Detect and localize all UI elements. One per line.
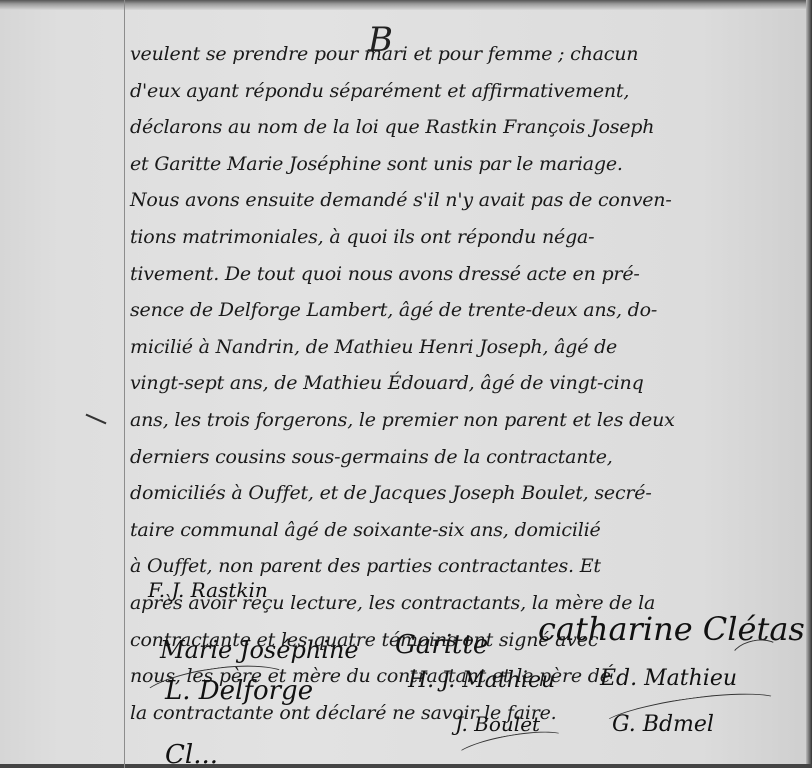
margin-rule [124,0,125,768]
signature-witness-ed-mathieu: Éd. Mathieu [600,666,737,691]
page-top-edge [0,0,812,10]
text-line: sence de Delforge Lambert, âgé de trente… [130,292,800,329]
text-line: ans, les trois forgerons, le premier non… [130,402,800,439]
signature-bride-surname: Garitte [395,630,488,660]
text-line: domiciliés à Ouffet, et de Jacques Josep… [130,475,800,512]
text-line: vingt-sept ans, de Mathieu Édouard, âgé … [130,365,800,402]
text-line: d'eux ayant répondu séparément et affirm… [130,73,800,110]
text-line: derniers cousins sous-germains de la con… [130,439,800,476]
signature-partial-cut-off: Cl... [165,740,218,768]
text-line: tions matrimoniales, à quoi ils ont répo… [130,219,800,256]
text-line: micilié à Nandrin, de Mathieu Henri Jose… [130,329,800,366]
scanned-document-page: B veulent se prendre pour mari et pour f… [0,0,812,768]
text-line: déclarons au nom de la loi que Rastkin F… [130,109,800,146]
signature-groom: F. J. Rastkin [148,578,268,602]
page-right-edge [806,0,812,768]
text-line: tivement. De tout quoi nous avons dressé… [130,256,800,293]
margin-pen-mark [86,414,107,425]
text-line: veulent se prendre pour mari et pour fem… [130,36,800,73]
signature-bride-given-names: Marie Joséphine [160,636,359,664]
text-line: Nous avons ensuite demandé s'il n'y avai… [130,182,800,219]
signature-witness-hj-mathieu: H. J. Mathieu [408,668,555,693]
text-line: et Garitte Marie Joséphine sont unis par… [130,146,800,183]
page-bottom-edge [0,764,812,768]
text-line: taire communal âgé de soixante-six ans, … [130,512,800,549]
